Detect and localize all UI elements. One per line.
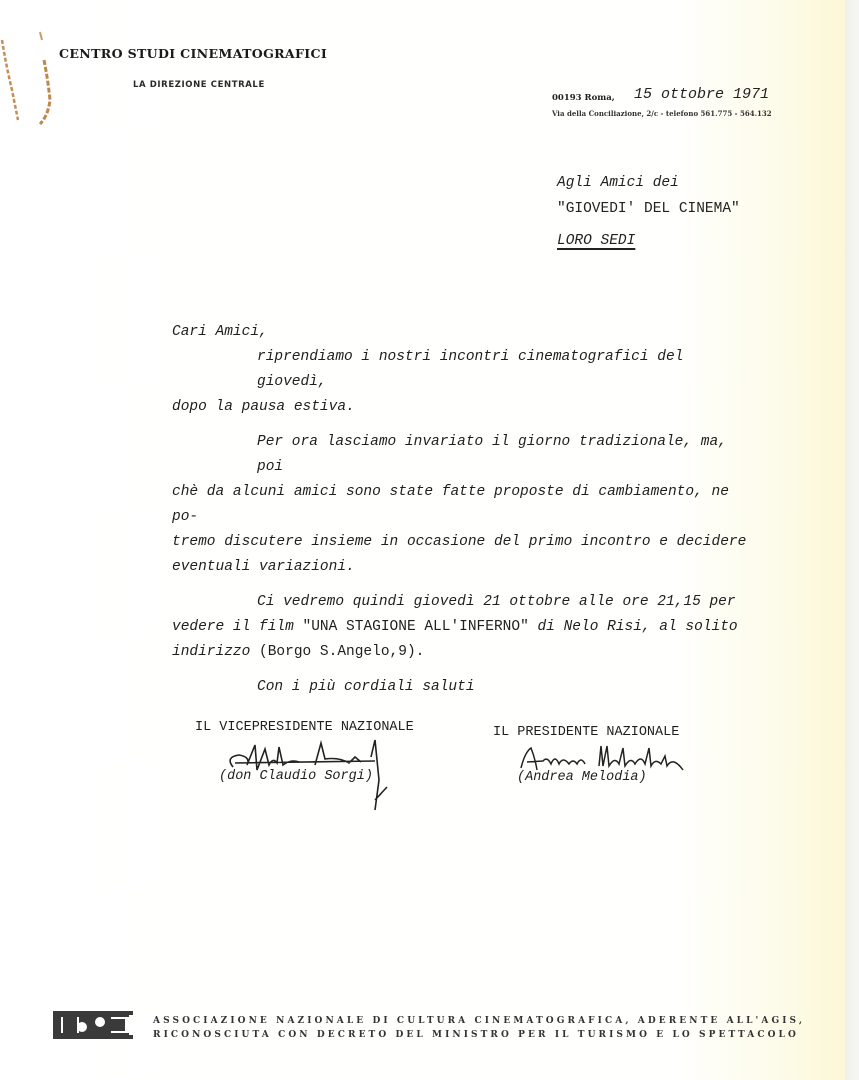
recipient-block: Agli Amici dei "GIOVEDI' DEL CINEMA" LOR… [557, 170, 740, 254]
letter-date: 15 ottobre 1971 [634, 86, 769, 103]
salutation: Cari Amici, [172, 320, 752, 345]
paragraph-1-line-1: riprendiamo i nostri incontri cinematogr… [172, 345, 752, 395]
sender-address: Via della Conciliazione, 2/c - telefono … [552, 109, 772, 118]
closing: Con i più cordiali saluti [172, 675, 752, 700]
venue-address: (Borgo S.Angelo,9). [259, 644, 424, 660]
film-title: "UNA STAGIONE ALL'INFERNO" [303, 619, 529, 635]
handwritten-signature-sorgi [225, 735, 400, 815]
organization-name: CENTRO STUDI CINEMATOGRAFICI [59, 47, 327, 61]
paragraph-2-line-4: eventuali variazioni. [172, 555, 752, 580]
department-name: LA DIREZIONE CENTRALE [133, 80, 265, 90]
paragraph-3-line-2: vedere il film "UNA STAGIONE ALL'INFERNO… [172, 615, 752, 640]
handwritten-signature-melodia [515, 742, 695, 778]
letter-body: Cari Amici, riprendiamo i nostri incontr… [172, 320, 752, 700]
csc-logo [53, 1011, 133, 1039]
footer-line-2: RICONOSCIUTA CON DECRETO DEL MINISTRO PE… [153, 1029, 805, 1043]
scan-edge [845, 0, 859, 1080]
signer-title: IL VICEPRESIDENTE NAZIONALE [195, 720, 414, 735]
recipient-line-3: LORO SEDI [557, 228, 740, 254]
paragraph-2-line-2: chè da alcuni amici sono state fatte pro… [172, 480, 752, 530]
footer-line-1: ASSOCIAZIONE NAZIONALE DI CULTURA CINEMA… [153, 1015, 805, 1029]
paragraph-2-line-1: Per ora lasciamo invariato il giorno tra… [172, 430, 752, 480]
recipient-line-1: Agli Amici dei [557, 170, 740, 196]
rust-stain-mark [0, 20, 60, 140]
paragraph-2-line-3: tremo discutere insieme in occasione del… [172, 530, 752, 555]
footer-text: ASSOCIAZIONE NAZIONALE DI CULTURA CINEMA… [153, 1015, 805, 1042]
recipient-line-2: "GIOVEDI' DEL CINEMA" [557, 196, 740, 222]
letter-location: 00193 Roma, [552, 93, 615, 103]
paragraph-3-line-3: indirizzo (Borgo S.Angelo,9). [172, 640, 752, 665]
paragraph-3-line-1: Ci vedremo quindi giovedì 21 ottobre all… [172, 590, 752, 615]
paragraph-1-rest: dopo la pausa estiva. [172, 395, 752, 420]
signer-title: IL PRESIDENTE NAZIONALE [493, 725, 679, 740]
